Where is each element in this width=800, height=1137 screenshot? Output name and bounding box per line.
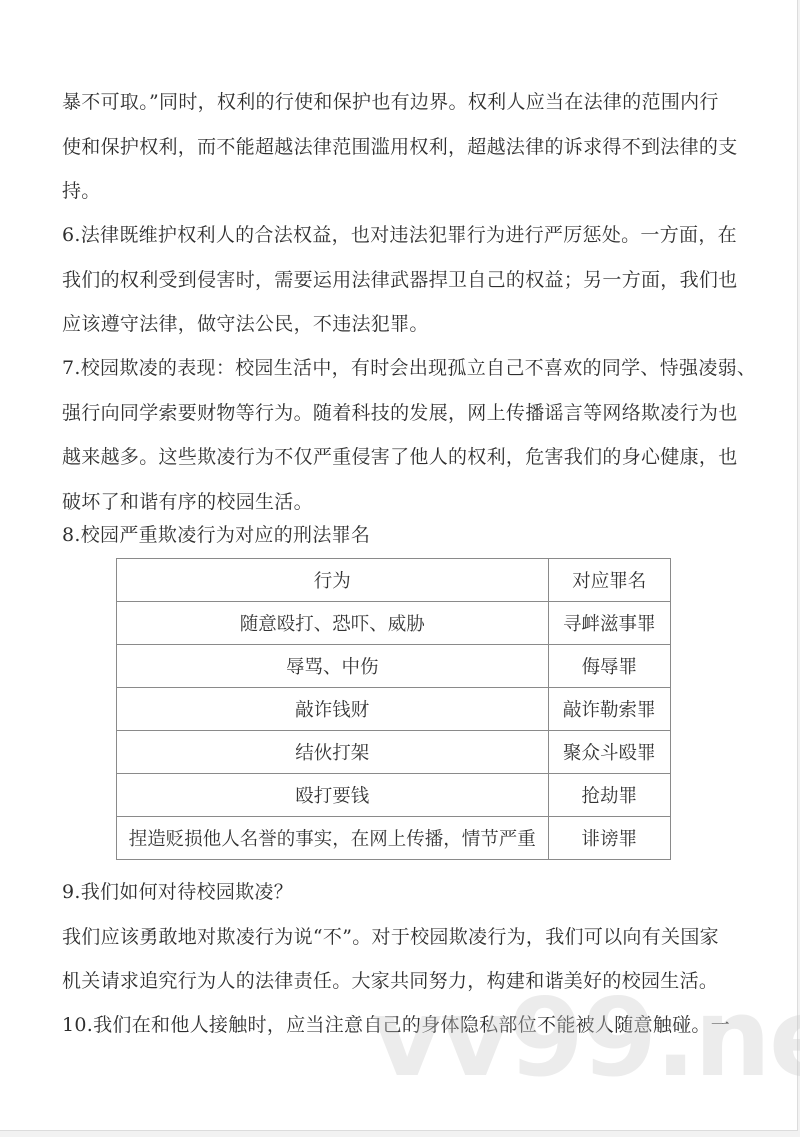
text-line: 我们应该勇敢地对欺凌行为说“不”。对于校园欺凌行为，我们可以向有关国家 [62, 915, 722, 960]
paragraph-10: 10.我们在和他人接触时，应当注意自己的身体隐私部位不能被人随意触碰。一 [62, 1003, 722, 1048]
text-line: 我们的权利受到侵害时，需要运用法律武器捍卫自己的权益；另一方面，我们也 [62, 258, 722, 303]
cell-behavior: 随意殴打、恐吓、威胁 [117, 602, 549, 645]
cell-crime-name: 敲诈勒索罪 [548, 688, 670, 731]
text-line: 越来越多。这些欺凌行为不仅严重侵害了他人的权利，危害我们的身心健康，也 [62, 435, 722, 480]
table-row: 捏造贬损他人名誉的事实，在网上传播，情节严重 诽谤罪 [117, 817, 671, 860]
cell-behavior: 结伙打架 [117, 731, 549, 774]
paragraph-9: 9.我们如何对待校园欺凌？ 我们应该勇敢地对欺凌行为说“不”。对于校园欺凌行为，… [62, 870, 722, 1004]
header-behavior: 行为 [117, 559, 549, 602]
table-row: 辱骂、中伤 侮辱罪 [117, 645, 671, 688]
cell-behavior: 捏造贬损他人名誉的事实，在网上传播，情节严重 [117, 817, 549, 860]
text-line: 7.校园欺凌的表现：校园生活中，有时会出现孤立自己不喜欢的同学、恃强凌弱、 [62, 346, 722, 391]
table-row: 敲诈钱财 敲诈勒索罪 [117, 688, 671, 731]
table-header-row: 行为 对应罪名 [117, 559, 671, 602]
cell-crime-name: 抢劫罪 [548, 774, 670, 817]
paragraph-6: 6.法律既维护权利人的合法权益，也对违法犯罪行为进行严厉惩处。一方面，在 我们的… [62, 213, 722, 347]
crime-table: 行为 对应罪名 随意殴打、恐吓、威胁 寻衅滋事罪 辱骂、中伤 侮辱罪 敲诈钱财 … [116, 558, 671, 860]
text-line: 8.校园严重欺凌行为对应的刑法罪名 [62, 513, 722, 558]
header-crime-name: 对应罪名 [548, 559, 670, 602]
cell-crime-name: 侮辱罪 [548, 645, 670, 688]
text-line: 强行向同学索要财物等行为。随着科技的发展，网上传播谣言等网络欺凌行为也 [62, 391, 722, 436]
text-line: 10.我们在和他人接触时，应当注意自己的身体隐私部位不能被人随意触碰。一 [62, 1003, 722, 1048]
cell-behavior: 敲诈钱财 [117, 688, 549, 731]
text-line: 持。 [62, 169, 722, 214]
paragraph-8-heading: 8.校园严重欺凌行为对应的刑法罪名 [62, 513, 722, 558]
table-row: 随意殴打、恐吓、威胁 寻衅滋事罪 [117, 602, 671, 645]
cell-crime-name: 寻衅滋事罪 [548, 602, 670, 645]
cell-behavior: 辱骂、中伤 [117, 645, 549, 688]
text-line: 机关请求追究行为人的法律责任。大家共同努力，构建和谐美好的校园生活。 [62, 959, 722, 1004]
table-row: 结伙打架 聚众斗殴罪 [117, 731, 671, 774]
text-line: 暴不可取。”同时，权利的行使和保护也有边界。权利人应当在法律的范围内行 [62, 80, 722, 125]
text-line: 应该遵守法律，做守法公民，不违法犯罪。 [62, 302, 722, 347]
document-page: 暴不可取。”同时，权利的行使和保护也有边界。权利人应当在法律的范围内行 使和保护… [0, 0, 798, 1131]
paragraph-5-continued: 暴不可取。”同时，权利的行使和保护也有边界。权利人应当在法律的范围内行 使和保护… [62, 80, 722, 214]
section-question: 9.我们如何对待校园欺凌？ [62, 870, 722, 915]
cell-crime-name: 诽谤罪 [548, 817, 670, 860]
cell-behavior: 殴打要钱 [117, 774, 549, 817]
text-line: 6.法律既维护权利人的合法权益，也对违法犯罪行为进行严厉惩处。一方面，在 [62, 213, 722, 258]
paragraph-7: 7.校园欺凌的表现：校园生活中，有时会出现孤立自己不喜欢的同学、恃强凌弱、 强行… [62, 346, 722, 524]
text-line: 使和保护权利，而不能超越法律范围滥用权利，超越法律的诉求得不到法律的支 [62, 125, 722, 170]
cell-crime-name: 聚众斗殴罪 [548, 731, 670, 774]
table-row: 殴打要钱 抢劫罪 [117, 774, 671, 817]
